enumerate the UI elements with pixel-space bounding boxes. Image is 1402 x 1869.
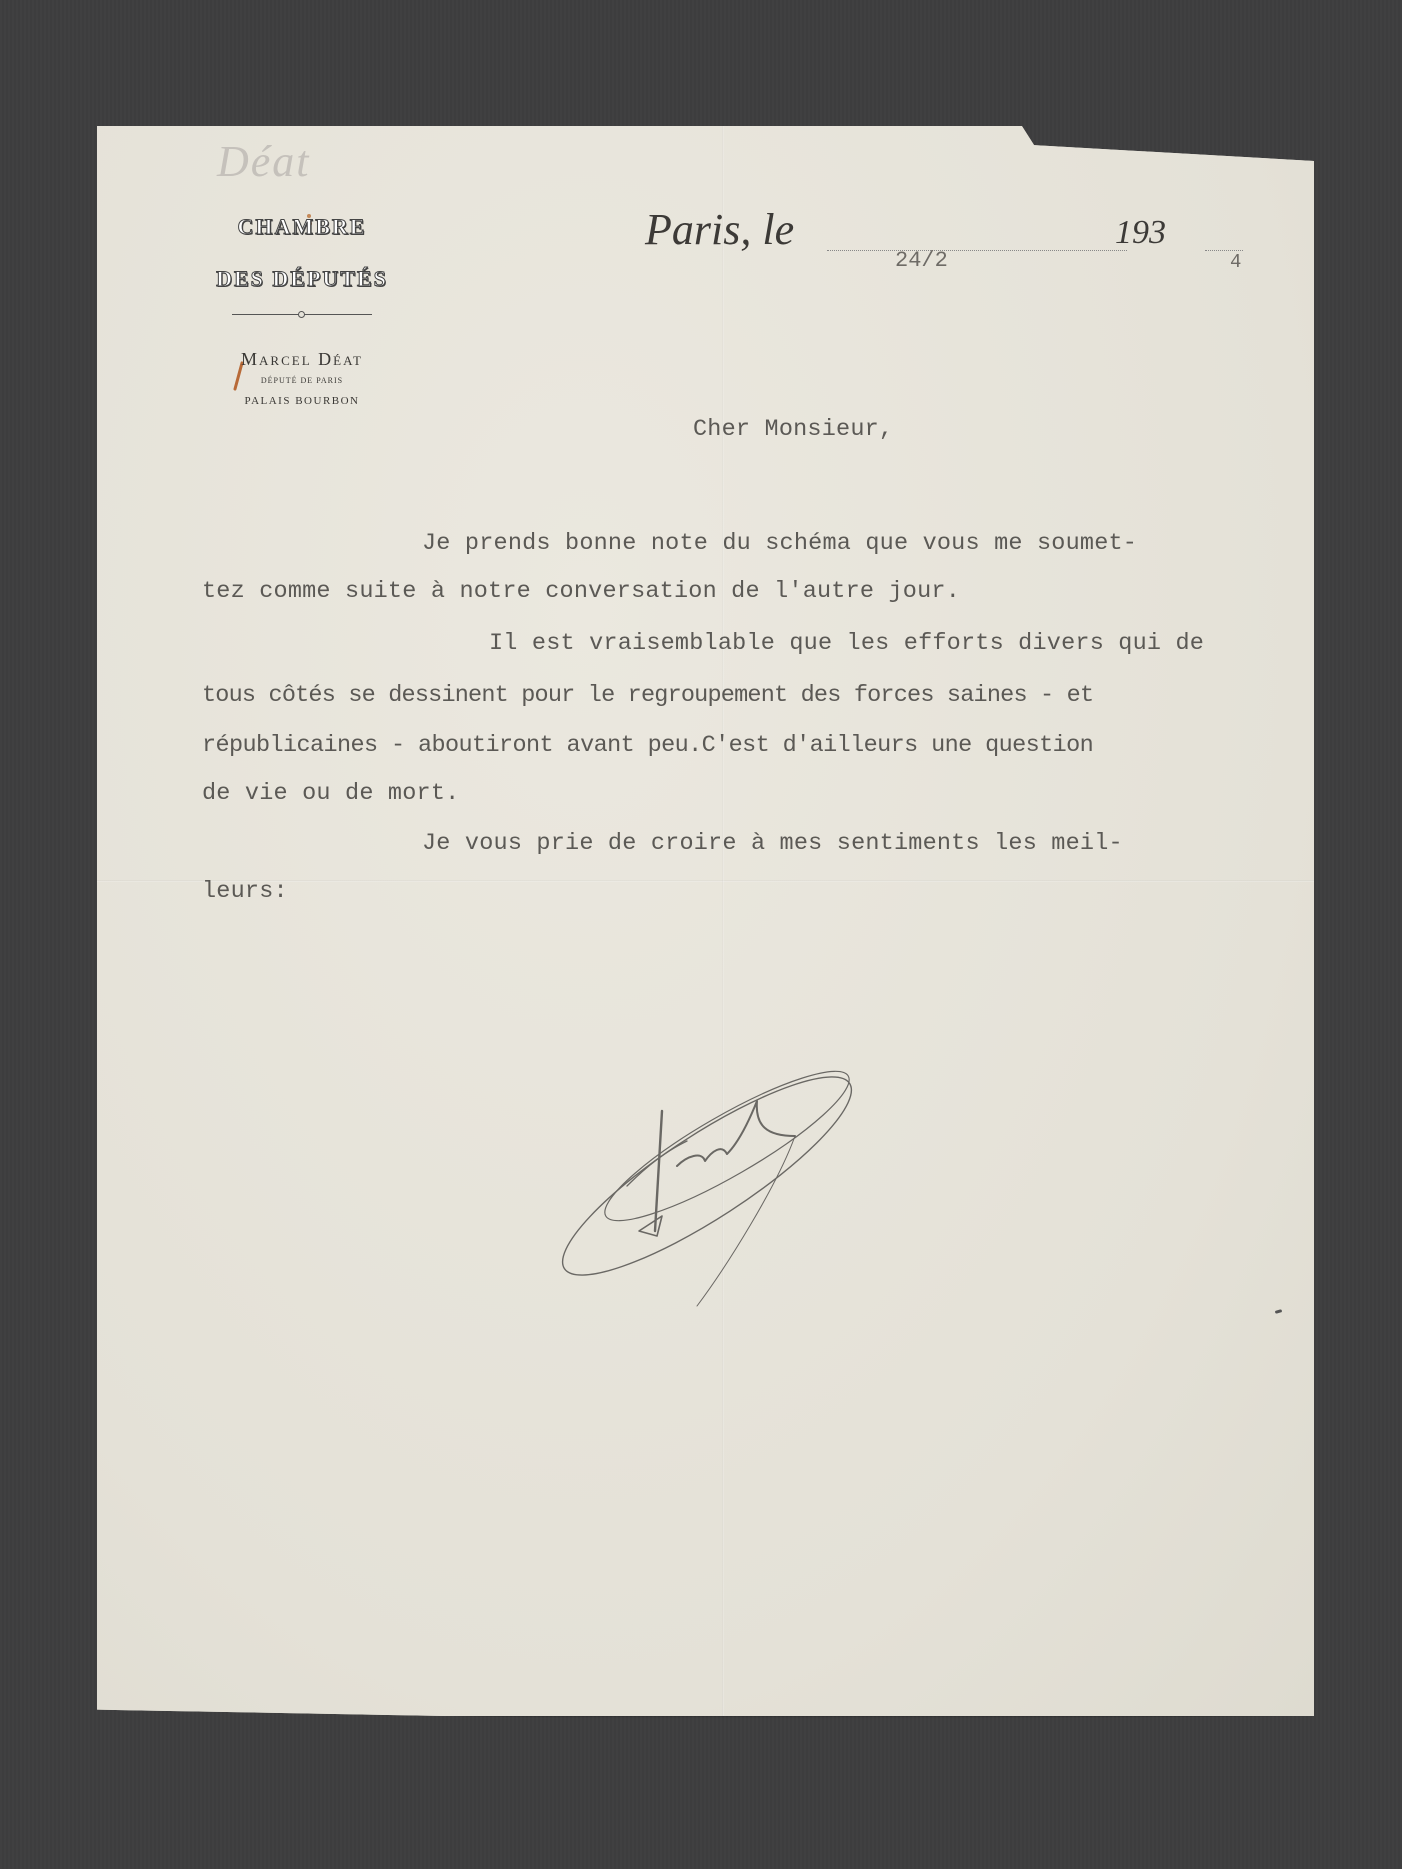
body-line: tous côtés se dessinent pour le regroupe… (202, 682, 1093, 709)
year-typed: 4 (1230, 251, 1241, 273)
ornament-dot-icon (298, 311, 305, 318)
letterhead-address: PALAIS BOURBON (167, 395, 437, 407)
body-line: républicaines - aboutiront avant peu.C'e… (202, 732, 1093, 759)
letterhead-name: Marcel Déat (167, 349, 437, 370)
letterhead-deputes: DES DÉPUTÉS (167, 266, 437, 292)
letter-sheet: Déat CHAMBRE DES DÉPUTÉS Marcel Déat DÉP… (97, 126, 1314, 1716)
date-dotted-line (827, 250, 1127, 251)
ink-speck (1275, 1309, 1283, 1314)
ornamental-rule (232, 314, 372, 315)
date-typed: 24/2 (895, 248, 948, 273)
body-line: tez comme suite à notre conversation de … (202, 578, 960, 605)
letterhead: CHAMBRE DES DÉPUTÉS Marcel Déat DÉPUTÉ D… (167, 206, 437, 407)
body-line: Je vous prie de croire à mes sentiments … (422, 830, 1123, 857)
dateline: Paris, le 24/2 193 4 (645, 204, 1345, 264)
body-line: Il est vraisemblable que les efforts div… (489, 630, 1204, 657)
body-line: de vie ou de mort. (202, 780, 459, 807)
body-line: Je prends bonne note du schéma que vous … (422, 530, 1137, 557)
dateline-place: Paris, le (645, 204, 794, 255)
body-line: leurs: (202, 878, 288, 905)
signature (527, 1026, 867, 1336)
letterhead-title: DÉPUTÉ DE PARIS (167, 376, 437, 385)
vertical-fold-line (722, 126, 724, 1716)
salutation: Cher Monsieur, (693, 416, 893, 443)
pencil-annotation: Déat (217, 136, 311, 187)
year-prefix: 193 (1115, 214, 1166, 252)
letterhead-chambre: CHAMBRE (167, 214, 437, 240)
